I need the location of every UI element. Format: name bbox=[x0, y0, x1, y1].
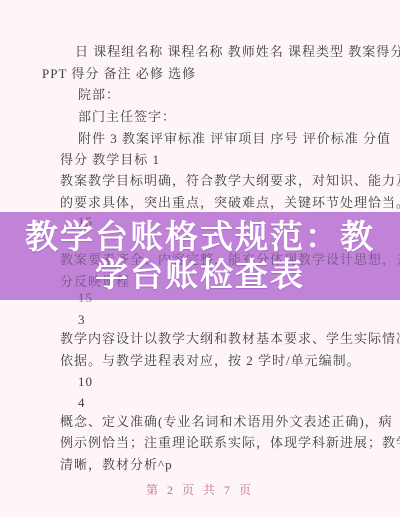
doc-line: 的要求具体，突出重点，突破难点，关键环节处理恰当。 bbox=[60, 195, 400, 210]
doc-line: 例示例恰当；注重理论联系实际，体现学科新进展；教学思路 bbox=[60, 435, 400, 450]
doc-line: 附件 3 教案评审标准 评审项目 序号 评价标准 分值 bbox=[78, 131, 391, 146]
document-page: 日 课程组名称 课程名称 教师姓名 课程类型 教案得分 PPT 得分 备注 必修… bbox=[0, 0, 400, 517]
article-title-line-1: 教学台账格式规范：教 bbox=[25, 218, 375, 256]
doc-line: 10 bbox=[78, 374, 93, 389]
doc-line: 清晰，教材分析^p bbox=[60, 457, 173, 472]
doc-line: 部门主任签字： bbox=[78, 109, 176, 124]
doc-line: 得分 教学目标 1 bbox=[60, 152, 160, 167]
article-title-line-2: 学台账检查表 bbox=[95, 256, 305, 294]
page-number: 第 2 页 共 7 页 bbox=[0, 481, 400, 498]
doc-line: PPT 得分 备注 必修 选修 bbox=[42, 66, 196, 81]
doc-line: 日 课程组名称 课程名称 教师姓名 课程类型 教案得分 bbox=[75, 44, 400, 59]
doc-line: 3 bbox=[78, 312, 86, 327]
doc-line: 教案教学目标明确，符合教学大纲要求，对知识、能力及素质 bbox=[60, 173, 400, 188]
doc-line: 概念、定义准确(专业名词和术语用外文表述正确)，病（事） bbox=[60, 414, 400, 429]
doc-line: 依据。与教学进程表对应，按 2 学时/单元编制。 bbox=[60, 353, 361, 368]
doc-line: 院部： bbox=[78, 87, 120, 102]
title-banner: 15 教案要素齐全、内容完整，能充分体现教学设计思想，并能充 分反映课程 15 … bbox=[0, 212, 400, 300]
doc-line: 4 bbox=[78, 395, 86, 410]
article-title: 教学台账格式规范：教 学台账检查表 bbox=[0, 212, 400, 300]
doc-line: 教学内容设计以教学大纲和教材基本要求、学生实际情况等为 bbox=[60, 331, 400, 346]
